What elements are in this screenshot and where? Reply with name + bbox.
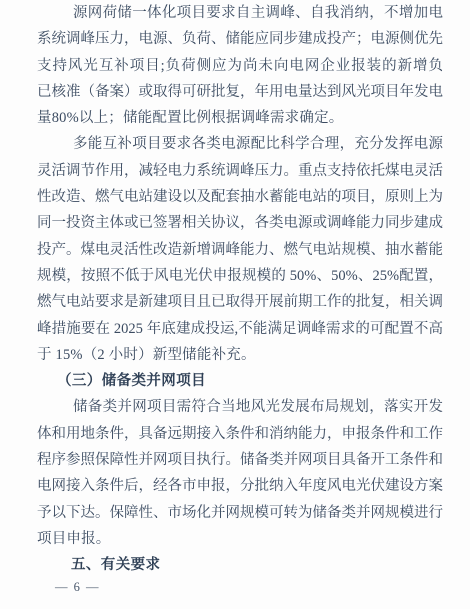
text-line: 程序参照保障性并网项目执行。储备类并网项目具备开工条件和	[37, 447, 443, 473]
text-line: 燃气电站要求是新建项目且已取得开展前期工作的批复，相关调	[37, 289, 443, 315]
text-line: 体和用地条件，具备远期接入条件和消纳能力，申报条件和工作	[37, 421, 443, 447]
text-line: 项目申报。	[37, 526, 443, 552]
text-line: 同一投资主体或已签署相关协议，各类电源或调峰能力同步建成	[37, 210, 443, 236]
text-line: 性改造、燃气电站建设以及配套抽水蓄能电站的项目，原则上为	[37, 184, 443, 210]
section-heading-5: 五、有关要求	[37, 552, 443, 578]
document-page: 源网荷储一体化项目要求自主调峰、自我消纳，不增加电网 系统调峰压力，电源、负荷、…	[0, 0, 470, 609]
text-line: 于 15%（2 小时）新型储能补充。	[37, 342, 443, 368]
text-line: 源网荷储一体化项目要求自主调峰、自我消纳，不增加电网	[37, 0, 443, 26]
text-line: 电网接入条件后，经各市申报，分批纳入年度风电光伏建设方案	[37, 473, 443, 499]
text-line: 已核准（备案）或取得可研批复，年用电量达到风光项目年发电	[37, 79, 443, 105]
text-line: 系统调峰压力，电源、负荷、储能应同步建成投产；电源侧优先	[37, 26, 443, 52]
text-line: 峰措施要在 2025 年底建成投运,不能满足调峰需求的可配置不高	[37, 316, 443, 342]
text-line: 规模，按照不低于风电光伏申报规模的 50%、50%、25%配置，	[37, 263, 443, 289]
document-text-block: 源网荷储一体化项目要求自主调峰、自我消纳，不增加电网 系统调峰压力，电源、负荷、…	[37, 0, 443, 579]
text-line: 灵活调节作用，减轻电力系统调峰压力。重点支持依托煤电灵活	[37, 158, 443, 184]
text-line: 多能互补项目要求各类电源配比科学合理，充分发挥电源侧	[37, 131, 443, 157]
text-line: 支持风光互补项目;负荷侧应为尚未向电网企业报装的新增负荷，	[37, 53, 443, 79]
text-line: 储备类并网项目需符合当地风光发展布局规划，落实开发主	[37, 394, 443, 420]
text-line: 予以下达。保障性、市场化并网规模可转为储备类并网规模进行	[37, 500, 443, 526]
page-number: — 6 —	[55, 579, 100, 595]
text-line: 量80%以上；储能配置比例根据调峰需求确定。	[37, 105, 443, 131]
section-heading-3: （三）储备类并网项目	[37, 368, 443, 394]
text-line: 投产。煤电灵活性改造新增调峰能力、燃气电站规模、抽水蓄能	[37, 237, 443, 263]
